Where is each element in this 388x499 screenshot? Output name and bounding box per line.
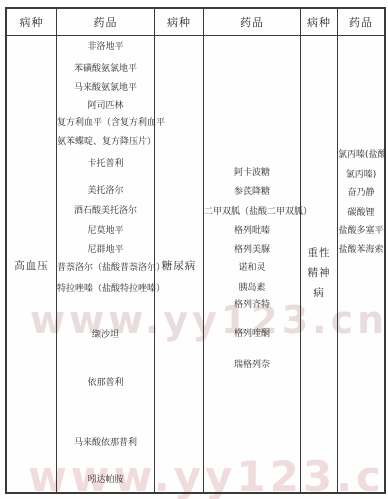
- disease-name: 重性: [301, 245, 337, 261]
- drug-name: 尼群地平: [57, 242, 154, 258]
- header-drug-col-2: 药品: [204, 9, 301, 35]
- drug-name: 二甲双胍（盐酸二甲双胍）: [204, 204, 300, 220]
- drug-name: 普萘洛尔（盐酸普萘洛尔）: [57, 260, 154, 276]
- drug-name: 盐酸多塞平: [338, 223, 384, 239]
- drug-name: 胰岛素: [204, 280, 300, 296]
- drug-name: 特拉唑嗪（盐酸特拉唑嗪）: [57, 281, 154, 297]
- drug-name: 格列美脲: [204, 242, 300, 258]
- drug-name: 酒石酸美托洛尔: [57, 203, 154, 219]
- disease-drug-table: 病种 药品 病种 药品 病种 药品 高血压 非洛地平苯磺酸氨氯地平马来酸氨氯地平…: [5, 7, 386, 494]
- disease-name: 精神: [301, 265, 337, 281]
- drug-name: 瑞格列奈: [204, 357, 300, 373]
- drug-name: 参芪降糖: [204, 184, 300, 200]
- drug-name: 非洛地平: [57, 39, 154, 55]
- table-body-row: 高血压 非洛地平苯磺酸氨氯地平马来酸氨氯地平阿司匹林复方利血平（含复方利血平氨苯…: [7, 36, 384, 492]
- drug-name: 缬沙坦: [57, 327, 154, 343]
- header-disease-col-1: 病种: [7, 9, 57, 35]
- header-disease-col-3: 病种: [301, 9, 338, 35]
- drug-name: 苯磺酸氨氯地平: [57, 61, 154, 77]
- drug-name: 盐酸苯海索: [338, 242, 384, 258]
- disease-cell-severe-mental-illness: 重性精神病: [301, 36, 338, 492]
- drug-name: 奋乃静: [338, 185, 384, 201]
- drug-name: 马来酸氨氯地平: [57, 80, 154, 96]
- drug-name: 格列喹酮: [204, 326, 300, 342]
- header-drug-col-3: 药品: [338, 9, 384, 35]
- drug-name: 复方利血平（含复方利血平: [57, 115, 154, 131]
- drug-name: 依那普利: [57, 375, 154, 391]
- drug-name: 马来酸依那普利: [57, 435, 154, 451]
- disease-name: 病: [301, 285, 337, 301]
- scanned-document-page: www.yy123.cn www.yy123.cn 病种 药品 病种 药品 病种…: [0, 0, 388, 499]
- disease-cell-hypertension: 高血压: [7, 36, 57, 492]
- drug-name: 卡托普利: [57, 156, 154, 172]
- table-header-row: 病种 药品 病种 药品 病种 药品: [7, 9, 384, 36]
- drug-name: 美托洛尔: [57, 183, 154, 199]
- drug-name: 格列齐特: [204, 297, 300, 313]
- drug-name: 阿卡波糖: [204, 165, 300, 181]
- drug-name: 氨苯蝶啶、复方降压片）: [57, 134, 154, 150]
- header-disease-col-2: 病种: [155, 9, 204, 35]
- drug-name: 氯丙嗪(盐酸: [338, 147, 384, 163]
- drug-cell-diabetes: 阿卡波糖参芪降糖二甲双胍（盐酸二甲双胍）格列吡嗪格列美脲诺和灵胰岛素格列齐特格列…: [204, 36, 301, 492]
- drug-cell-severe-mental-illness: 氯丙嗪(盐酸氯丙嗪)奋乃静碳酸锂盐酸多塞平盐酸苯海索: [338, 36, 384, 492]
- header-drug-col-1: 药品: [57, 9, 155, 35]
- drug-name: 尼莫地平: [57, 223, 154, 239]
- drug-name: 格列吡嗪: [204, 223, 300, 239]
- disease-cell-diabetes: 糖尿病: [155, 36, 204, 492]
- drug-name: 碳酸锂: [338, 205, 384, 221]
- drug-name: 氯丙嗪): [338, 167, 384, 183]
- drug-name: 阿司匹林: [57, 98, 154, 114]
- disease-name: 糖尿病: [155, 258, 203, 274]
- drug-name: 吲达帕胺: [57, 472, 154, 488]
- disease-name: 高血压: [7, 258, 56, 274]
- drug-name: 诺和灵: [204, 260, 300, 276]
- drug-cell-hypertension: 非洛地平苯磺酸氨氯地平马来酸氨氯地平阿司匹林复方利血平（含复方利血平氨苯蝶啶、复…: [57, 36, 155, 492]
